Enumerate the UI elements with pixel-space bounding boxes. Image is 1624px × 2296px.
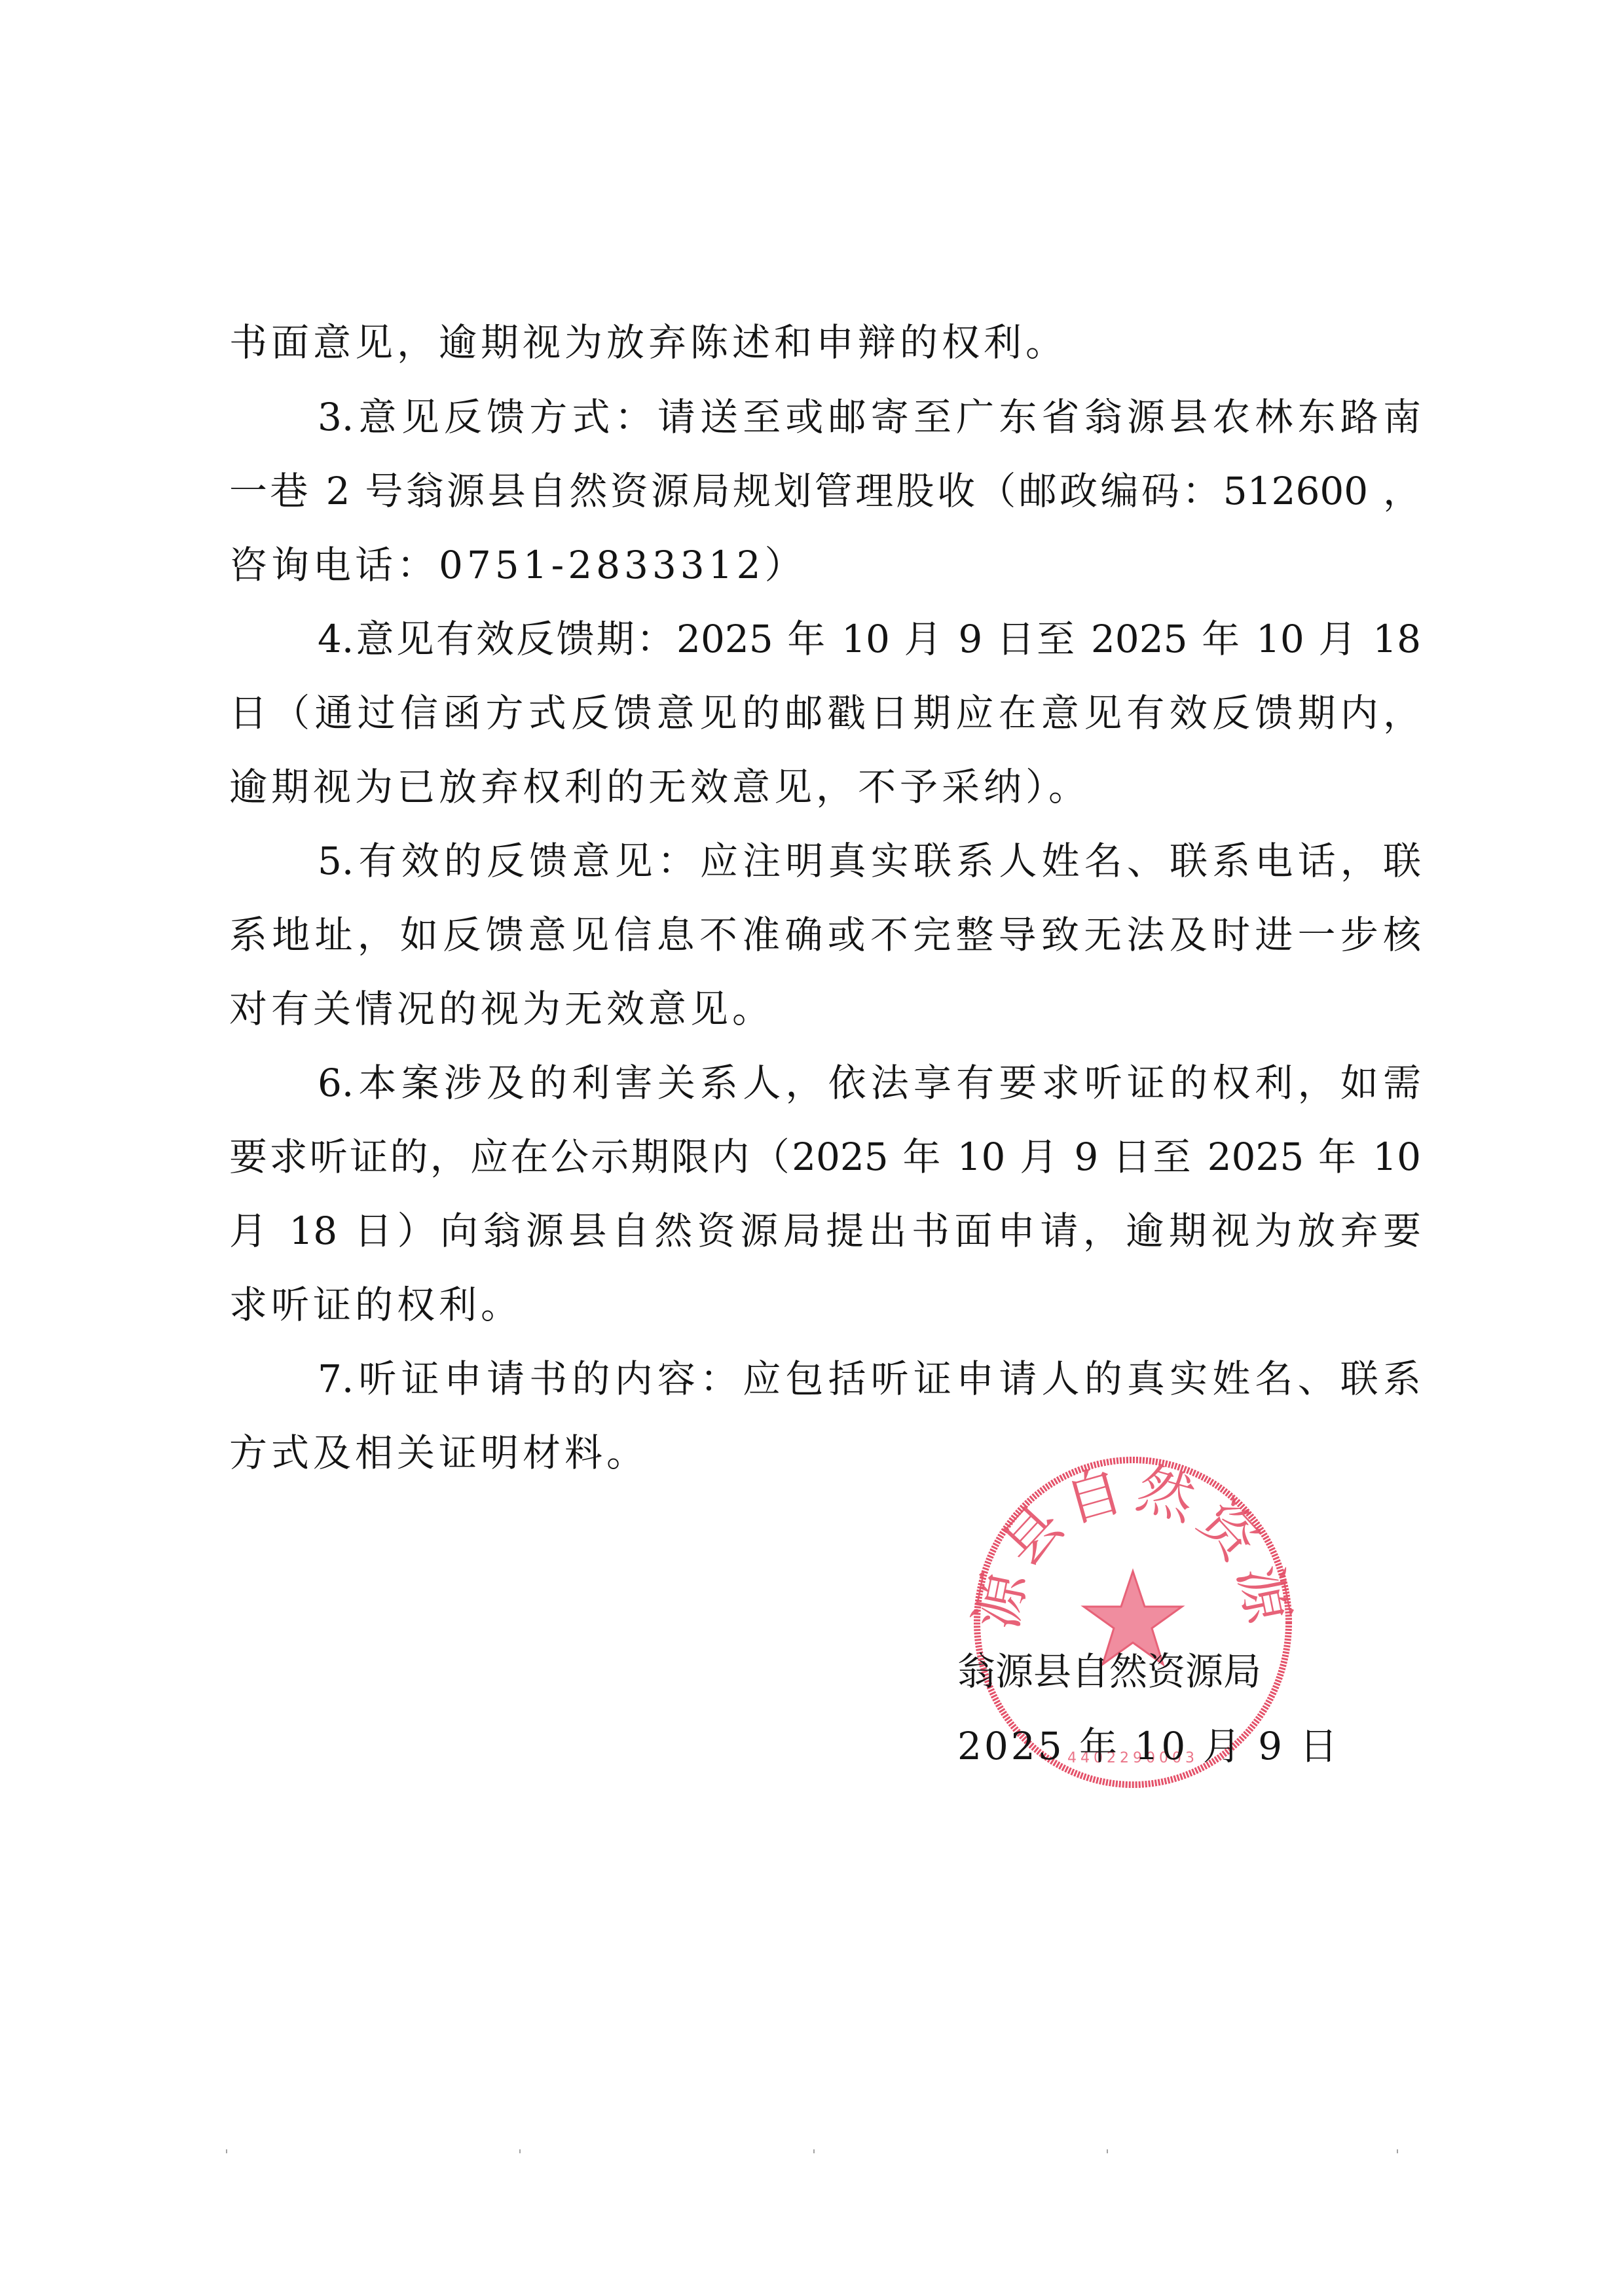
scan-mark <box>1397 2149 1398 2153</box>
document-page: 书面意见，逾期视为放弃陈述和申辩的权利。 3.意见反馈方式：请送至或邮寄至广东省… <box>0 0 1624 2296</box>
scan-mark <box>1107 2149 1108 2153</box>
body-line-13: 月 18 日）向翁源县自然资源局提出书面申请，逾期视为放弃要 <box>229 1198 1421 1264</box>
body-line-3: 一巷 2 号翁源县自然资源局规划管理股收（邮政编码：512600 ， <box>229 458 1421 524</box>
body-line-15: 7.听证申请书的内容：应包括听证申请人的真实姓名、联系 <box>318 1346 1421 1412</box>
scan-mark <box>813 2149 815 2153</box>
body-line-7: 逾期视为已放弃权利的无效意见，不予采纳）。 <box>229 754 1421 820</box>
body-line-11: 6.本案涉及的利害关系人，依法享有要求听证的权利，如需 <box>318 1050 1421 1116</box>
body-line-4: 咨询电话：0751-2833312） <box>229 532 1421 598</box>
body-line-2: 3.意见反馈方式：请送至或邮寄至广东省翁源县农林东路南 <box>318 384 1421 450</box>
body-line-10: 对有关情况的视为无效意见。 <box>229 976 1421 1042</box>
body-line-9: 系地址，如反馈意见信息不准确或不完整导致无法及时进一步核 <box>229 902 1421 968</box>
body-line-5: 4.意见有效反馈期：2025 年 10 月 9 日至 2025 年 10 月 1… <box>318 606 1421 672</box>
scan-mark <box>226 2149 227 2153</box>
signature-organization: 翁源县自然资源局 <box>957 1639 1252 1704</box>
signature-date: 2025 年 10 月 9 日 <box>957 1713 1249 1779</box>
body-line-6: 日（通过信函方式反馈意见的邮戳日期应在意见有效反馈期内， <box>229 680 1421 746</box>
body-line-8: 5.有效的反馈意见：应注明真实联系人姓名、联系电话，联 <box>318 828 1421 894</box>
body-line-12: 要求听证的，应在公示期限内（2025 年 10 月 9 日至 2025 年 10 <box>229 1124 1421 1190</box>
body-line-1: 书面意见，逾期视为放弃陈述和申辩的权利。 <box>229 310 1421 375</box>
body-line-14: 求听证的权利。 <box>229 1272 1421 1338</box>
scan-mark <box>519 2149 521 2153</box>
